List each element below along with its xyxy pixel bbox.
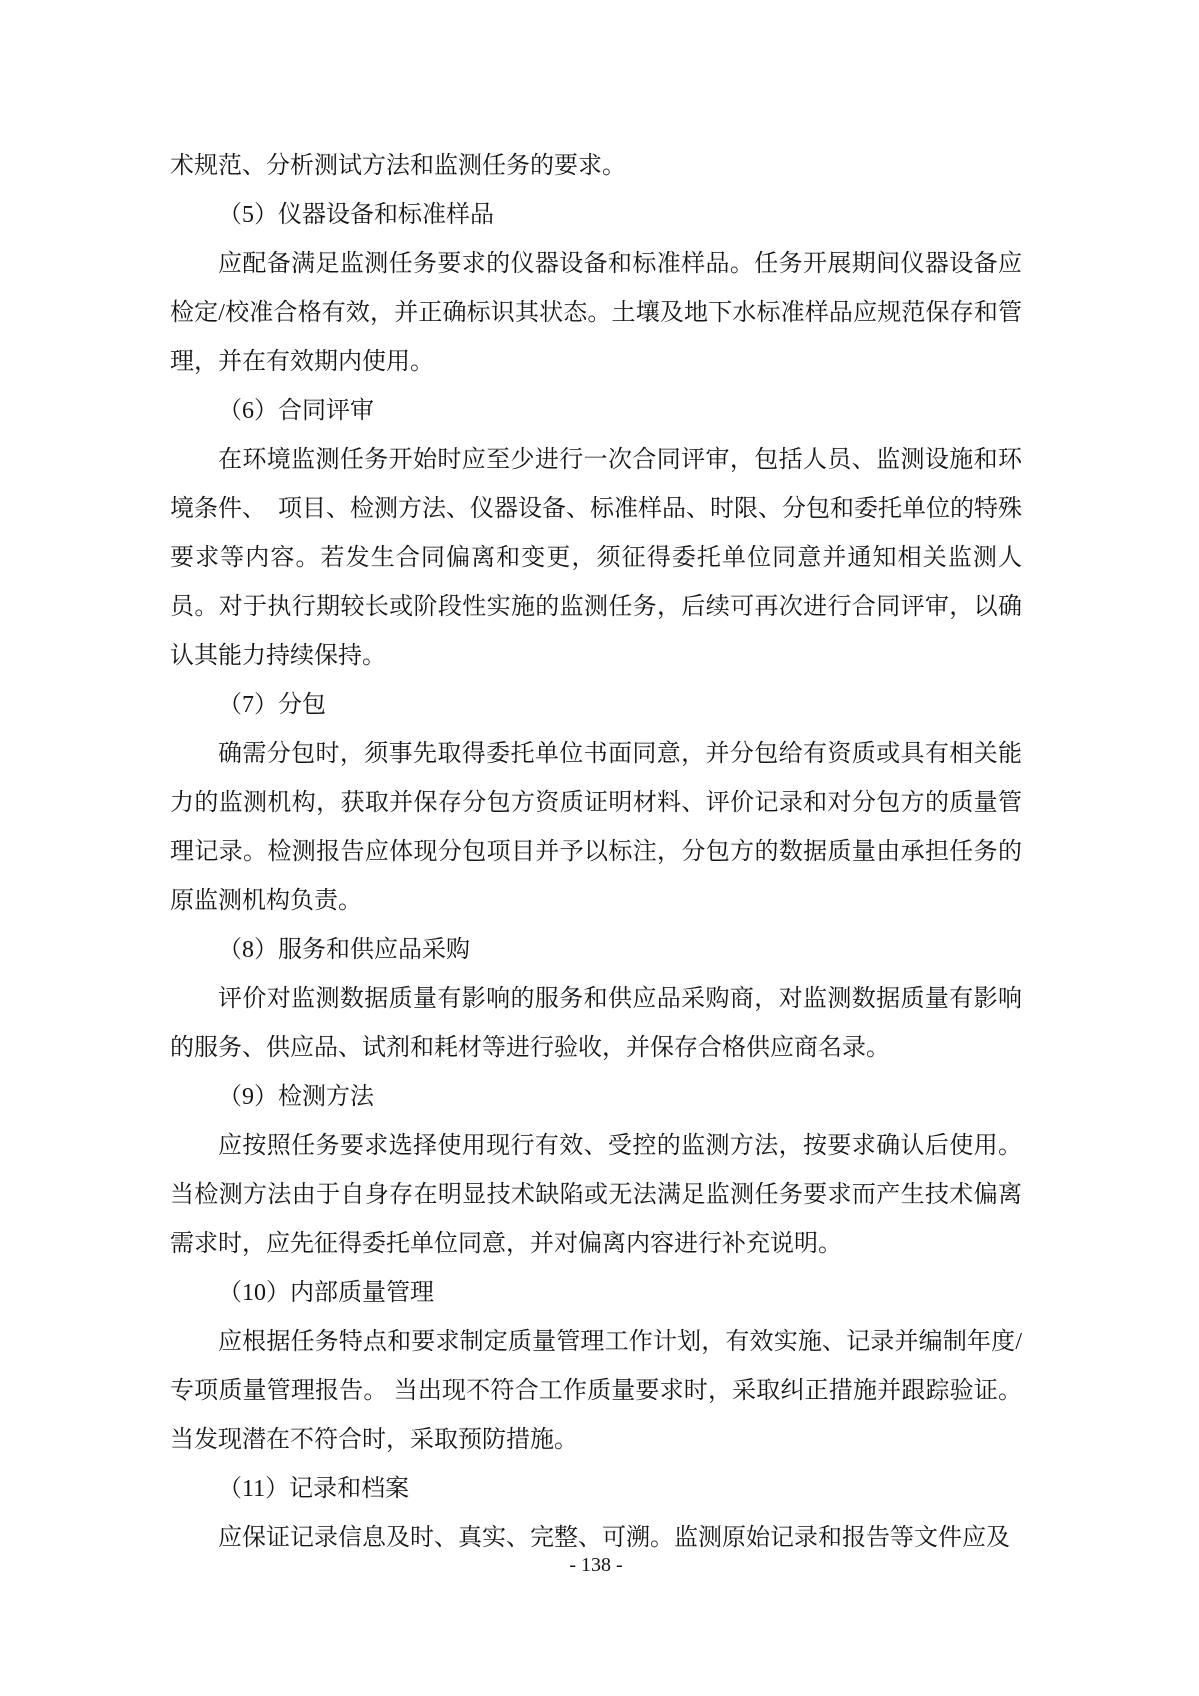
page-number: - 138 - xyxy=(170,1550,1022,1580)
section-heading-6: （6）合同评审 xyxy=(170,387,1022,436)
section-heading-5: （5）仪器设备和标准样品 xyxy=(170,191,1022,240)
section-heading-11: （11）记录和档案 xyxy=(170,1465,1022,1514)
document-page: 术规范、分析测试方法和监测任务的要求。 （5）仪器设备和标准样品 应配备满足监测… xyxy=(0,0,1199,1696)
paragraph-section-8: 评价对监测数据质量有影响的服务和供应品采购商，对监测数据质量有影响的服务、供应品… xyxy=(170,975,1022,1073)
paragraph-section-7: 确需分包时，须事先取得委托单位书面同意，并分包给有资质或具有相关能力的监测机构，… xyxy=(170,730,1022,926)
paragraph-section-5: 应配备满足监测任务要求的仪器设备和标准样品。任务开展期间仪器设备应检定/校准合格… xyxy=(170,240,1022,387)
section-heading-10: （10）内部质量管理 xyxy=(170,1269,1022,1318)
section-heading-9: （9）检测方法 xyxy=(170,1073,1022,1122)
document-body: 术规范、分析测试方法和监测任务的要求。 （5）仪器设备和标准样品 应配备满足监测… xyxy=(170,142,1022,1563)
paragraph-section-10: 应根据任务特点和要求制定质量管理工作计划，有效实施、记录并编制年度/专项质量管理… xyxy=(170,1318,1022,1465)
paragraph-continuation: 术规范、分析测试方法和监测任务的要求。 xyxy=(170,142,1022,191)
paragraph-section-9: 应按照任务要求选择使用现行有效、受控的监测方法，按要求确认后使用。当检测方法由于… xyxy=(170,1122,1022,1269)
section-heading-8: （8）服务和供应品采购 xyxy=(170,926,1022,975)
section-heading-7: （7）分包 xyxy=(170,681,1022,730)
paragraph-section-6: 在环境监测任务开始时应至少进行一次合同评审，包括人员、监测设施和环境条件、 项目… xyxy=(170,436,1022,681)
